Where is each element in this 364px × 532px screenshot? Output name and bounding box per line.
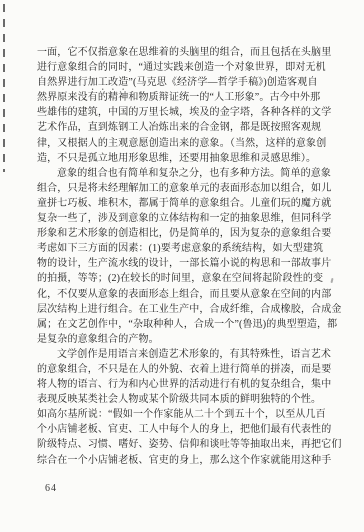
text-line: 的意象组合，不只是在人的外貌、衣着上进行简单的拼凑，而是要: [37, 362, 333, 377]
scan-speck: [330, 278, 333, 283]
text-line: 是复杂的意象组合的产物。: [37, 332, 333, 347]
text-line: 表现反映某类社会人物或某个阶级共同本质的鲜明独特的个性。: [37, 392, 333, 407]
text-line: 阶级特点、习惯、嗜好、姿势、信仰和谈吐等等抽取出来，再把它们: [37, 437, 333, 452]
text-line: 自然界进行加工改造”(马克思《经济学—哲学手稿》)创造客观自: [37, 75, 333, 90]
text-line: 物的设计，生产流水线的设计，一部长篇小说的构思和一部故事片: [37, 256, 333, 271]
emphasized-text: 加工改造: [88, 77, 129, 88]
text-block: 一面，它不仅指意象在思维着的头脑里的组合，而且包括在头脑里 进行意象组合的同时，…: [37, 45, 333, 468]
paragraph-3: 文学创作是用语言来创造艺术形象的，有其特殊性，语言艺术 的意象组合，不只是在人的…: [37, 347, 333, 468]
text-line: 文学创作是用语言来创造艺术形象的，有其特殊性，语言艺术: [37, 347, 333, 362]
page-number: 64: [45, 483, 57, 494]
text-line: 化，不仅要从意象的表面形态上组合，而且要从意象在空间的内部: [37, 287, 333, 302]
text-line: 律，又根据人的主观意愿创造出来的意象。（当然，这样的意象创: [37, 136, 333, 151]
text-segment: ”(马克思《经济学—哲学手稿》)创造客观自: [128, 77, 317, 88]
text-line: 形象和艺术形象的创造相比，仍是简单的，因为复杂的意象组合要: [37, 226, 333, 241]
text-line: 综合在一个小店铺老板、官吏的身上，那么这个作家就能用这种手: [37, 453, 333, 468]
text-line: 些雄伟的建筑，中国的万里长城，埃及的金字塔，各种各样的文学: [37, 105, 333, 120]
text-line: 然界原来没有的精神和物质辩证统一的“人工形象”。古今中外那: [37, 90, 333, 105]
text-line: 组合，只是将未经理解加工的意象单元的表面形态加以组合，如儿: [37, 181, 333, 196]
page: 一面，它不仅指意象在思维着的头脑里的组合，而且包括在头脑里 进行意象组合的同时，…: [0, 0, 364, 532]
text-line: 属；在文艺创作中，“杂取种种人，合成一个”(鲁迅)的典型塑造，都: [37, 317, 333, 332]
text-line: 的拍摄，等等；(2)在较长的时间里，意象在空间将起阶段性的变: [37, 271, 333, 286]
text-line: 造，不只是孤立地用形象思维，还要用抽象思维和灵感思维）。: [37, 151, 333, 166]
text-segment: 自然界进行: [37, 77, 88, 88]
text-line: 一面，它不仅指意象在思维着的头脑里的组合，而且包括在头脑里: [37, 45, 333, 60]
scan-artifact-dashes: [3, 4, 5, 172]
text-line: 考虑如下三方面的因素：(1)要考虑意象的系统结构，如大型建筑: [37, 241, 333, 256]
text-line: 艺术作品，直到炼钢工人冶炼出来的合金钢，都是既按照客观规: [37, 120, 333, 135]
text-line: 将人物的语言、行为和内心世界的活动进行有机的复杂组合，集中: [37, 377, 333, 392]
paragraph-1: 一面，它不仅指意象在思维着的头脑里的组合，而且包括在头脑里 进行意象组合的同时，…: [37, 45, 333, 166]
paragraph-2: 意象的组合也有简单和复杂之分，也有多种方法。简单的意象 组合，只是将未经理解加工…: [37, 166, 333, 347]
text-line: 童拼七巧板、堆积木，都属于简单的意象组合。儿童们玩的魔方就: [37, 196, 333, 211]
text-line: 个小店铺老板、官吏、工人中每个人的身上，把他们最有代表性的: [37, 422, 333, 437]
text-line: 如高尔基所说：“假如一个作家能从二十个到五十个，以至从几百: [37, 407, 333, 422]
text-line: 意象的组合也有简单和复杂之分，也有多种方法。简单的意象: [37, 166, 333, 181]
text-line: 进行意象组合的同时，“通过实践来创造一个对象世界，即对无机: [37, 60, 333, 75]
text-line: 复杂一些了，涉及到意象的立体结构和一定的抽象思维，但同科学: [37, 211, 333, 226]
text-line: 层次结构上进行组合。在工业生产中，合成纤维，合成橡胶，合成金: [37, 302, 333, 317]
